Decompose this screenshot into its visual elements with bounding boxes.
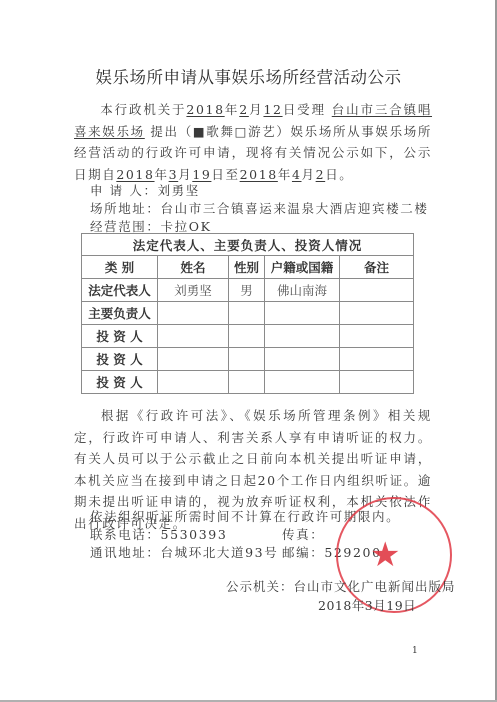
row-category: 法定代表人 [82,279,158,302]
notice-paragraph: 本行政机关于2018年2月12日受理 台山市三合镇唱喜来娱乐场 提出（■歌舞□游… [74,99,432,185]
header-note: 备注 [340,256,414,279]
accept-month: 2 [239,102,249,117]
row-name: 刘勇坚 [158,279,229,302]
fax-label: 传真： [282,527,324,542]
document-title: 娱乐场所申请从事娱乐场所经营活动公示 [0,64,497,88]
header-name: 姓名 [158,256,229,279]
row-note [340,371,414,394]
applicant-line: 申 请 人：刘勇坚 [90,181,200,201]
applicant-label: 申 请 人： [90,183,158,198]
scope-value: 卡拉OK [161,219,212,234]
text: 本行政机关于 [100,102,186,117]
text: 年 [278,167,292,182]
table-caption: 法定代表人、主要负责人、投资人情况 [82,234,414,256]
text: 日受理 [283,102,326,117]
row-gender [229,371,265,394]
mail-address-line: 通讯地址：台城环北大道93号 [90,543,278,563]
text: 年 [225,102,240,117]
row-origin [265,302,340,325]
end-month: 4 [292,167,302,182]
mail-address-label: 通讯地址： [90,545,161,560]
text: 月 [249,102,264,117]
issuer-line: 公示机关：台山市文化广电新闻出版局 [226,577,456,597]
table-row: 投 资 人 [82,348,414,371]
issue-date: 2018年3月19日 [318,596,416,616]
text: 月 [302,167,316,182]
address-label: 场所地址： [90,201,161,216]
row-note [340,325,414,348]
row-category: 投 资 人 [82,371,158,394]
phone-value: 5530393 [161,527,228,542]
issuer-label: 公示机关： [226,579,294,594]
personnel-table: 法定代表人、主要负责人、投资人情况 类 别 姓名 性别 户籍或国籍 备注 法定代… [81,233,414,394]
row-category: 投 资 人 [82,325,158,348]
table-row: 法定代表人 刘勇坚 男 佛山南海 [82,279,414,302]
table-row: 主要负责人 [82,302,414,325]
start-day: 19 [192,167,211,182]
table-row: 投 资 人 [82,371,414,394]
text: 日至 [211,167,239,182]
row-gender: 男 [229,279,265,302]
text: 年 [155,167,169,182]
header-origin: 户籍或国籍 [265,256,340,279]
row-gender [229,348,265,371]
row-gender [229,325,265,348]
table-header-row: 类 别 姓名 性别 户籍或国籍 备注 [82,256,414,279]
row-gender [229,302,265,325]
end-day: 2 [316,167,326,182]
applicant-value: 刘勇坚 [158,183,200,198]
end-year: 2018 [240,167,278,182]
row-name [158,325,229,348]
text: 日。 [325,167,353,182]
row-origin [265,348,340,371]
header-category: 类 别 [82,256,158,279]
row-origin [265,325,340,348]
phone-label: 联系电话： [90,527,161,542]
accept-day: 12 [263,102,282,117]
row-name [158,302,229,325]
row-note [340,302,414,325]
text: 月 [178,167,192,182]
scope-label: 经营范围： [90,219,161,234]
mail-address-value: 台城环北大道93号 [161,545,279,560]
row-name [158,371,229,394]
row-note [340,348,414,371]
row-origin: 佛山南海 [265,279,340,302]
issuer-value: 台山市文化广电新闻出版局 [294,579,456,594]
page-number: 1 [412,646,418,656]
phone-line: 联系电话：5530393 [90,525,227,545]
row-origin [265,371,340,394]
postcode-label: 邮编： [282,545,324,560]
table-row: 投 资 人 [82,325,414,348]
fax-line: 传真： [282,525,324,545]
row-name [158,348,229,371]
address-line: 场所地址：台山市三合镇喜运来温泉大酒店迎宾楼二楼 [90,199,428,219]
start-month: 3 [169,167,179,182]
start-year: 2018 [116,167,154,182]
address-value: 台山市三合镇喜运来温泉大酒店迎宾楼二楼 [161,201,429,216]
row-category: 主要负责人 [82,302,158,325]
row-note [340,279,414,302]
row-category: 投 资 人 [82,348,158,371]
seal-star-icon: ★ [370,538,400,572]
header-gender: 性别 [229,256,265,279]
accept-year: 2018 [186,102,224,117]
